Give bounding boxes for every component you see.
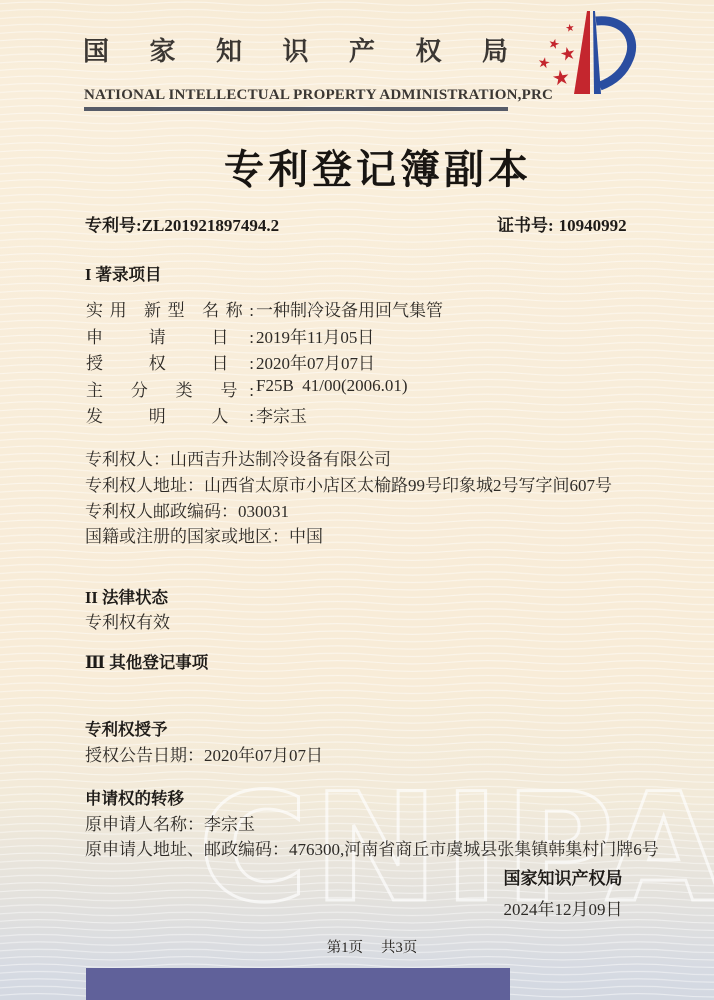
- star-icon: [538, 56, 551, 68]
- signature-agency: 国家知识产权局: [488, 864, 638, 889]
- page-number: 第1页: [327, 940, 363, 956]
- star-icon: [548, 38, 560, 50]
- signature-block: 国家知识产权局 2024年12月09日: [488, 864, 638, 920]
- field-row-grant-date: 授 权 日:2020年07月07日: [86, 349, 443, 376]
- patentee-name-line: 专利权人：山西吉升达制冷设备有限公司: [85, 447, 612, 473]
- agency-name-en: NATIONAL INTELLECTUAL PROPERTY ADMINISTR…: [84, 87, 553, 104]
- section-2-heading: II 法律状态: [85, 584, 168, 608]
- agency-name-cn: 国 家 知 识 产 权 局: [83, 31, 525, 68]
- legal-status-text: 专利权有效: [85, 608, 170, 633]
- field-label: 发 明 人:: [86, 402, 254, 427]
- document-title: 专利登记簿副本: [0, 138, 714, 195]
- page-total: 共3页: [381, 940, 417, 956]
- logo-red-spire: [574, 11, 590, 94]
- field-row-filing-date: 申 请 日:2019年11月05日: [86, 323, 443, 350]
- star-icon: [565, 23, 574, 32]
- field-label: 实用 新型 名称:: [86, 296, 254, 321]
- grant-announcement-date: 授权公告日期：2020年07月07日: [85, 741, 323, 766]
- patentee-block: 专利权人：山西吉升达制冷设备有限公司 专利权人地址：山西省太原市小店区太榆路99…: [85, 447, 612, 550]
- patent-number-value: ZL201921897494.2: [142, 216, 279, 235]
- patentee-address-line: 专利权人地址：山西省太原市小店区太榆路99号印象城2号写字间607号: [85, 473, 612, 499]
- patentee-postcode-line: 专利权人邮政编码：030031: [85, 499, 612, 525]
- patentee-country-line: 国籍或注册的国家或地区：中国: [85, 524, 612, 550]
- certificate-number: 证书号:10940992: [497, 211, 627, 236]
- field-value: 李宗玉: [256, 402, 307, 427]
- section-1-heading: I 著录项目: [85, 261, 162, 285]
- field-value: 2019年11月05日: [256, 323, 374, 348]
- field-value: 2020年07月07日: [256, 349, 375, 374]
- header-rule: [84, 107, 508, 111]
- original-applicant-name: 原申请人名称：李宗玉: [85, 810, 255, 835]
- patent-number: 专利号:ZL201921897494.2: [85, 211, 279, 236]
- logo-p-bowl: [596, 21, 632, 86]
- certificate-number-label: 证书号:: [497, 216, 554, 235]
- bottom-bar: [86, 968, 510, 1000]
- field-value: 一种制冷设备用回气集管: [256, 296, 443, 321]
- patent-number-label: 专利号:: [85, 216, 142, 235]
- section-3-heading: Ⅲ 其他登记事项: [85, 649, 208, 673]
- signature-date: 2024年12月09日: [488, 895, 638, 920]
- star-icon: [552, 69, 569, 86]
- certificate-number-value: 10940992: [559, 216, 627, 235]
- field-row-ipc-class: 主 分 类 号:F25B 41/00(2006.01): [86, 376, 443, 403]
- star-icon: [560, 46, 576, 62]
- field-row-title: 实用 新型 名称:一种制冷设备用回气集管: [86, 296, 443, 323]
- field-label: 授 权 日:: [86, 349, 254, 374]
- field-row-inventor: 发 明 人:李宗玉: [86, 402, 443, 429]
- bibliographic-fields: 实用 新型 名称:一种制冷设备用回气集管 申 请 日:2019年11月05日 授…: [86, 296, 443, 429]
- grant-subheading: 专利权授予: [85, 716, 168, 740]
- cnipa-logo-icon: [533, 7, 640, 102]
- field-label: 主 分 类 号:: [86, 376, 254, 401]
- page-footer: 第1页共3页: [0, 936, 714, 957]
- original-applicant-address: 原申请人地址、邮政编码：476300,河南省商丘市虞城县张集镇韩集村门牌6号: [85, 835, 659, 860]
- field-value: F25B 41/00(2006.01): [256, 376, 408, 396]
- field-label: 申 请 日:: [86, 323, 254, 348]
- transfer-subheading: 申请权的转移: [85, 785, 184, 809]
